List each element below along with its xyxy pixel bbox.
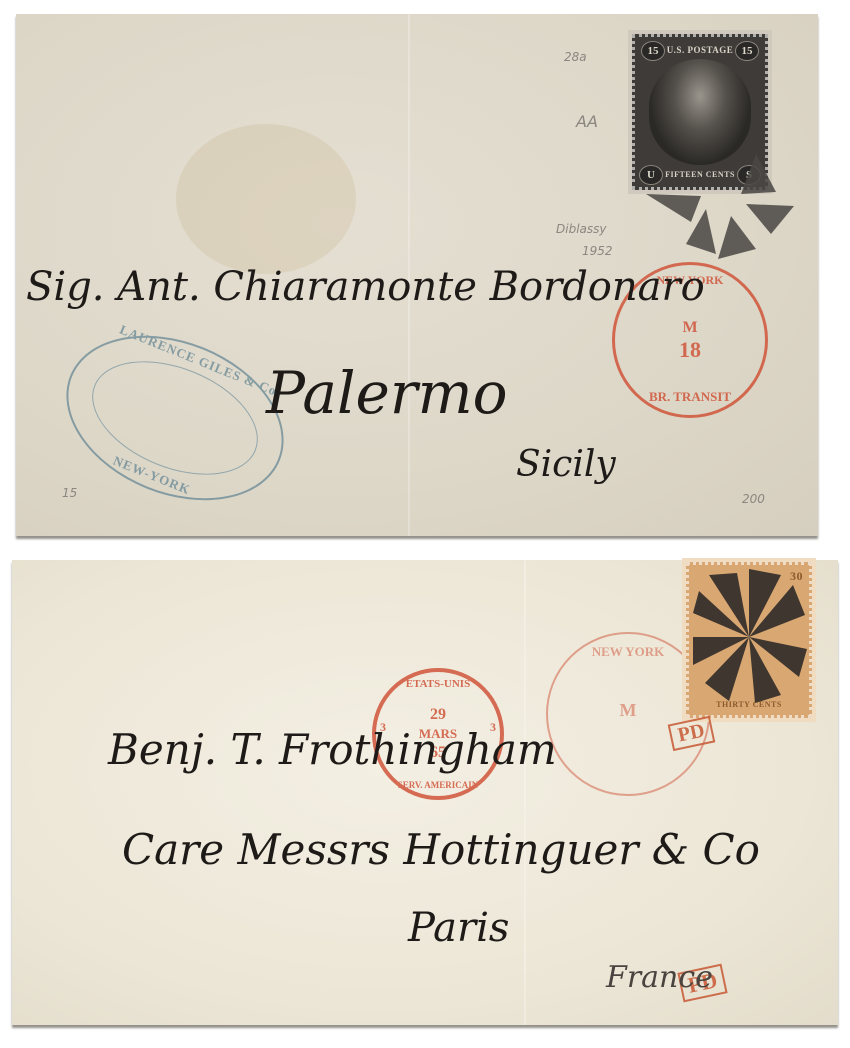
address-line-3: Sicily bbox=[516, 444, 616, 485]
pencil-note: Diblassy bbox=[556, 222, 606, 236]
entry-day: 29 bbox=[376, 706, 500, 724]
fold-line bbox=[524, 560, 526, 1025]
entry-top-text: ETATS-UNIS bbox=[376, 678, 500, 690]
pencil-note: 15 bbox=[62, 486, 77, 500]
address-line-1: Benj. T. Frothingham bbox=[108, 725, 557, 774]
stamp-country-text: U.S. POSTAGE bbox=[635, 45, 765, 55]
postmark-top-text: NEW YORK bbox=[548, 644, 708, 660]
address-line-2: Palermo bbox=[266, 359, 508, 427]
postmark-day: 18 bbox=[615, 337, 765, 363]
postmark-month: M bbox=[615, 319, 765, 337]
pencil-note: 28a bbox=[564, 50, 587, 64]
cover-bottom: ETATS-UNIS 29 MARS 65 SERV. AMERICAIN 3 … bbox=[12, 560, 838, 1025]
foxing-stain bbox=[176, 124, 356, 274]
pencil-note: 1952 bbox=[582, 244, 613, 258]
pencil-note: AA bbox=[576, 112, 598, 131]
cork-cancel-icon bbox=[646, 154, 796, 264]
lincoln-portrait bbox=[649, 59, 751, 165]
address-line-3: Paris bbox=[408, 905, 509, 951]
star-cancel-icon bbox=[689, 565, 809, 715]
address-line-2: Care Messrs Hottinguer & Co bbox=[122, 825, 760, 874]
postmark-bottom-text: BR. TRANSIT bbox=[615, 389, 765, 405]
address-line-4: France bbox=[606, 960, 713, 995]
handstamp-inner-ring bbox=[76, 339, 275, 497]
address-line-1: Sig. Ant. Chiaramonte Bordonaro bbox=[26, 264, 705, 310]
cover-top: 28a AA Diblassy 1952 15 200 LAURENCE GIL… bbox=[16, 14, 818, 536]
pencil-note: 200 bbox=[742, 492, 765, 506]
franklin-30c-stamp: THIRTY CENTS 30 bbox=[686, 562, 812, 718]
entry-bottom-text: SERV. AMERICAIN bbox=[376, 780, 500, 790]
postmark-month: M bbox=[548, 700, 708, 721]
